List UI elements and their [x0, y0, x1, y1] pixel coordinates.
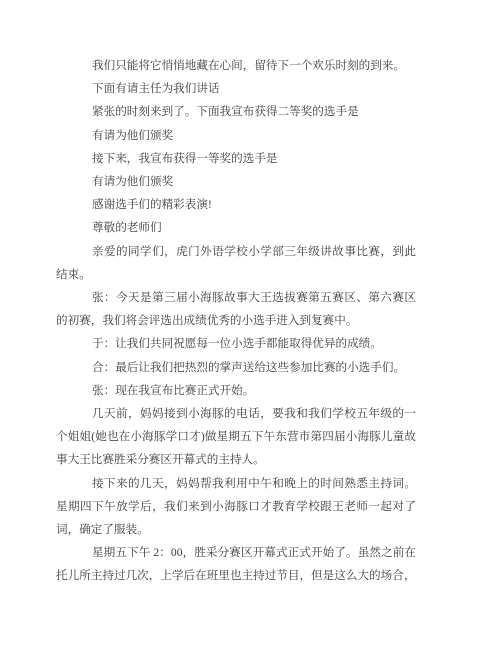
paragraph: 张：今天是第三届小海豚故事大王选拔赛第五赛区、第六赛区的初赛，我们将会评选出成绩…	[56, 286, 416, 332]
paragraph: 尊敬的老师们	[56, 216, 416, 239]
paragraph: 我们只能将它悄悄地藏在心间，留待下一个欢乐时刻的到来。	[56, 54, 416, 77]
paragraph: 亲爱的同学们，虎门外语学校小学部三年级讲故事比赛，到此结束。	[56, 240, 416, 286]
document-text-block: 我们只能将它悄悄地藏在心间，留待下一个欢乐时刻的到来。 下面有请主任为我们讲话 …	[0, 0, 500, 588]
paragraph: 有请为他们颁奖	[56, 124, 416, 147]
paragraph: 星期五下午 2：00，胜采分赛区开幕式正式开始了。虽然之前在托儿所主持过几次，上…	[56, 541, 416, 587]
paragraph: 几天前，妈妈接到小海豚的电话，要我和我们学校五年级的一个姐姐(她也在小海豚学口才…	[56, 402, 416, 472]
paragraph: 接下来，我宣布获得一等奖的选手是	[56, 147, 416, 170]
paragraph: 合：最后让我们把热烈的掌声送给这些参加比赛的小选手们。	[56, 356, 416, 379]
paragraph: 紧张的时刻来到了。下面我宣布获得二等奖的选手是	[56, 100, 416, 123]
paragraph: 张：现在我宣布比赛正式开始。	[56, 379, 416, 402]
document-page: 我们只能将它悄悄地藏在心间，留待下一个欢乐时刻的到来。 下面有请主任为我们讲话 …	[0, 0, 500, 647]
paragraph: 于：让我们共同祝愿每一位小选手都能取得优异的成绩。	[56, 332, 416, 355]
paragraph: 下面有请主任为我们讲话	[56, 77, 416, 100]
paragraph: 有请为他们颁奖	[56, 170, 416, 193]
paragraph: 感谢选手们的精彩表演!	[56, 193, 416, 216]
paragraph: 接下来的几天，妈妈帮我利用中午和晚上的时间熟悉主持词。星期四下午放学后，我们来到…	[56, 472, 416, 542]
